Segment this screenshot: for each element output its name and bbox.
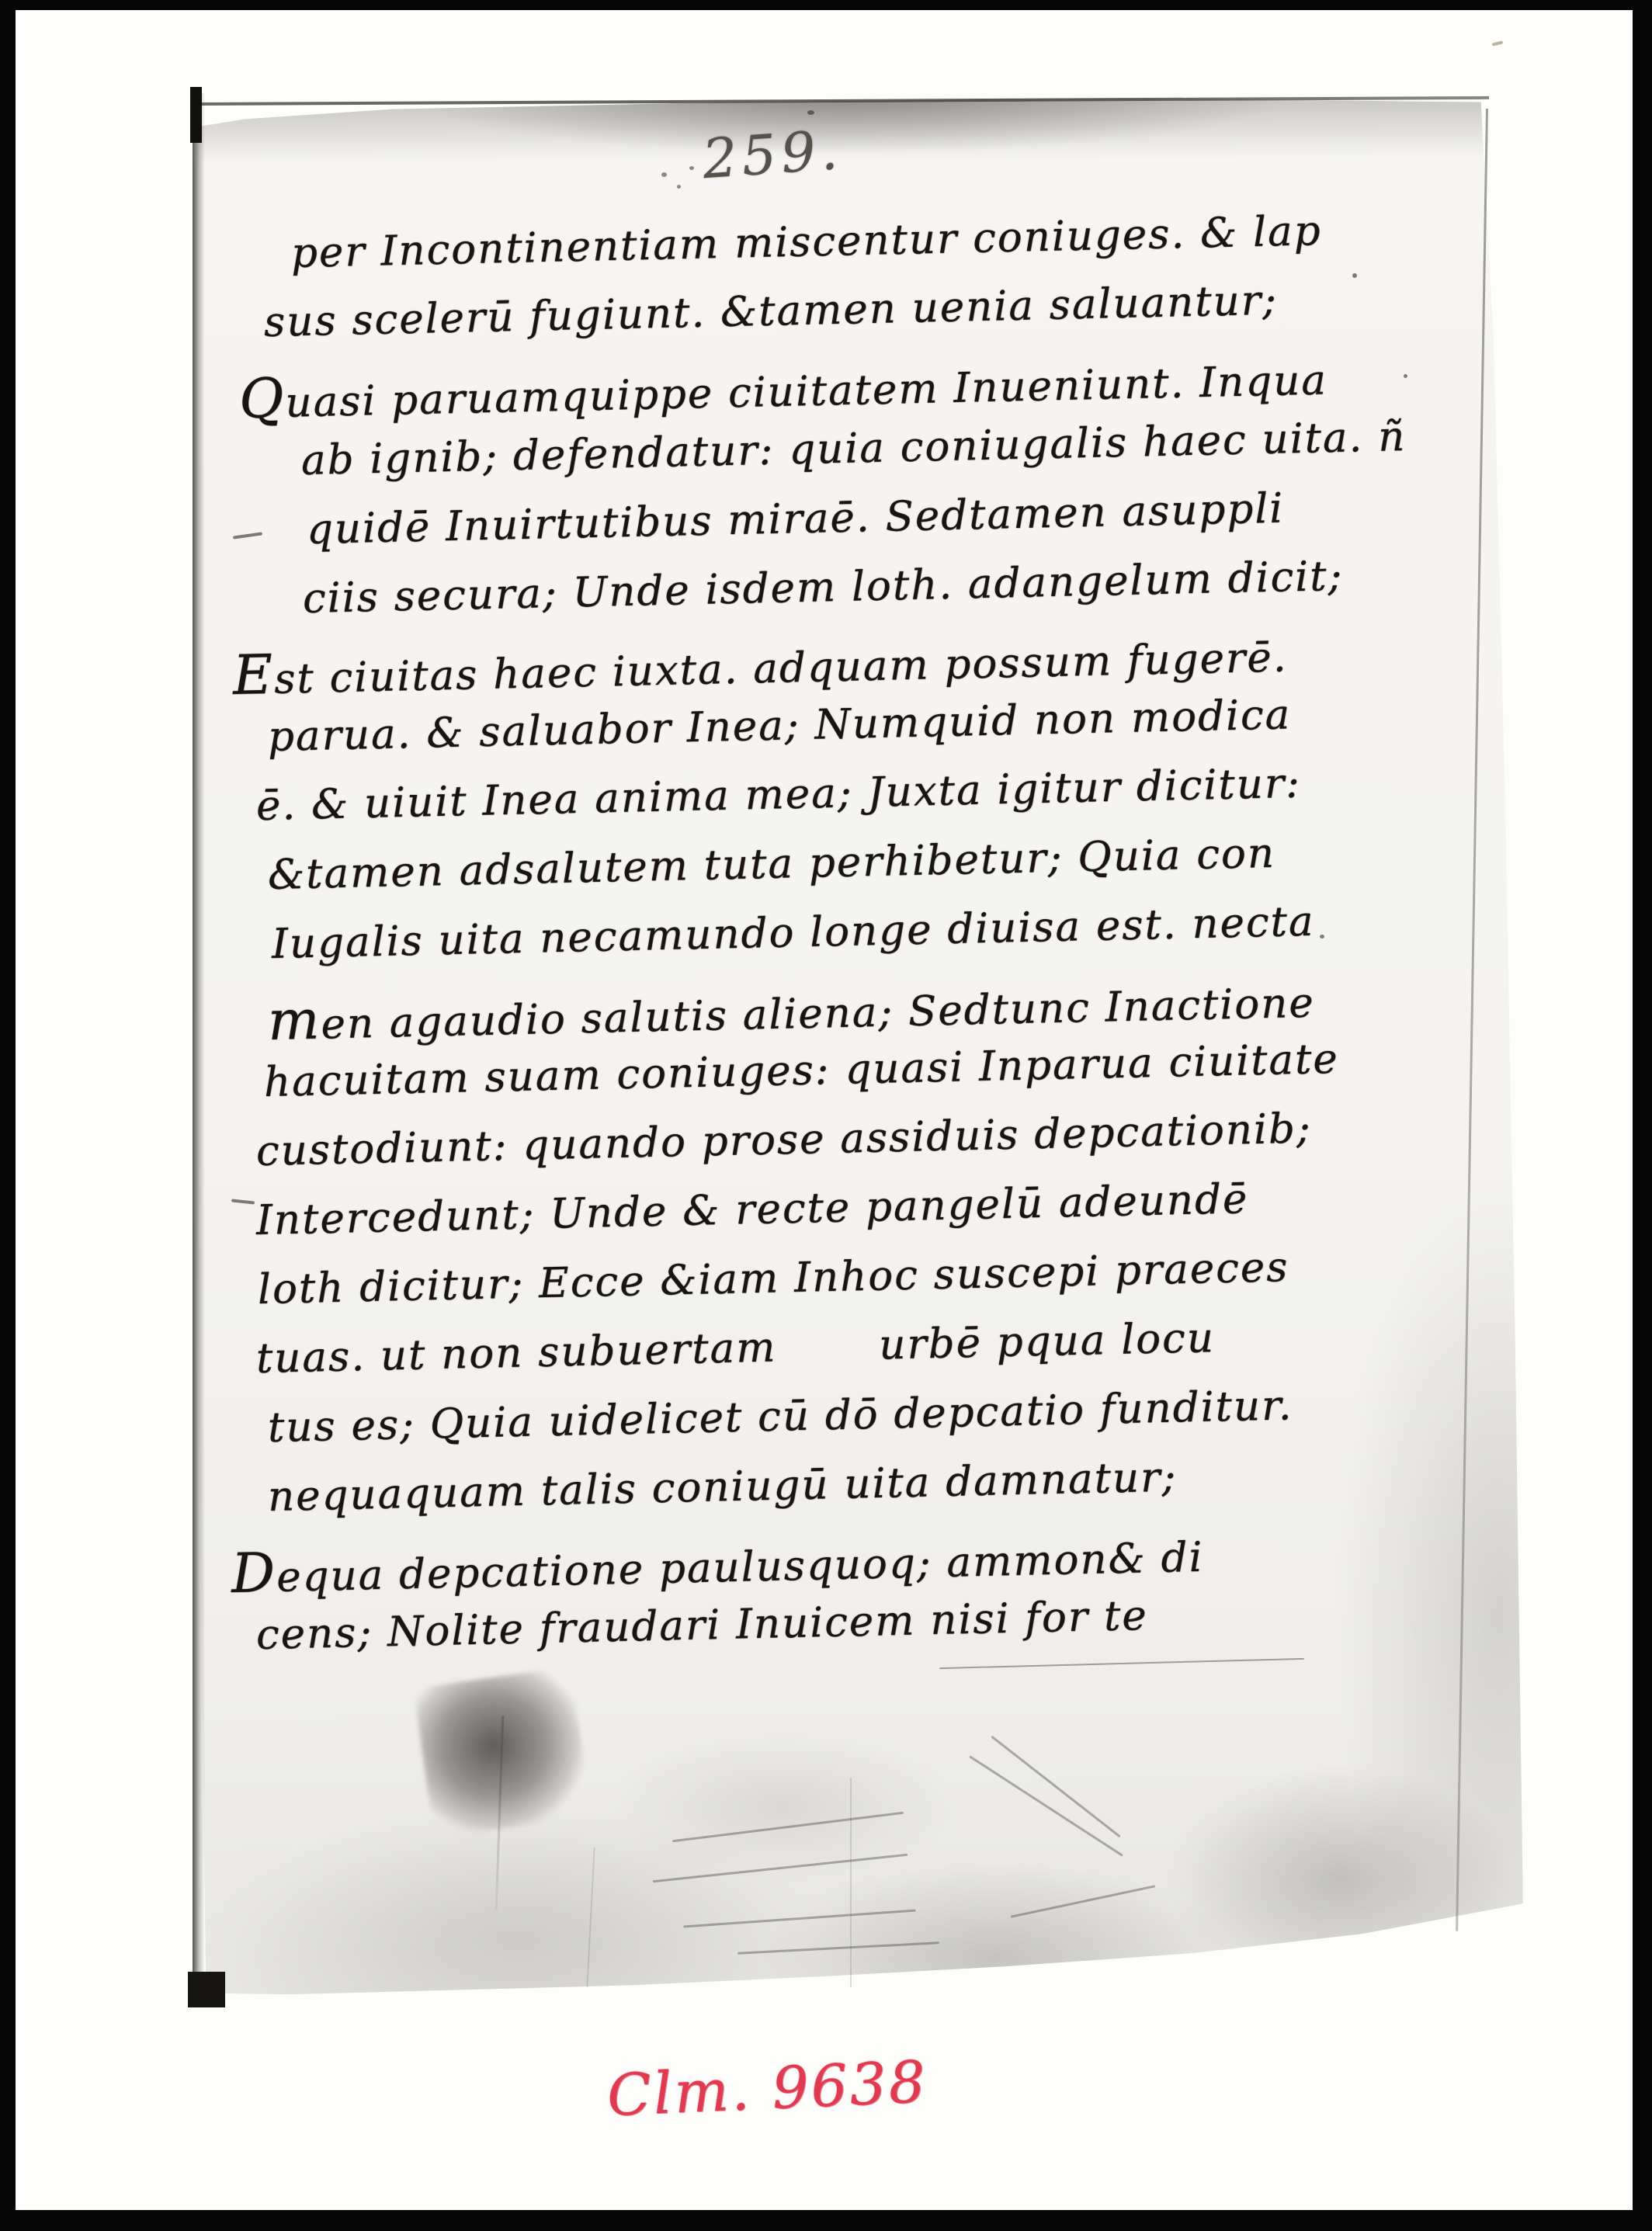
folio-number: 259.: [700, 118, 844, 191]
ink-speck: [1320, 935, 1324, 939]
dust-mark: [1492, 40, 1504, 46]
ink-speck: [689, 166, 694, 170]
ink-speck: [677, 185, 681, 189]
spine-top-mark: [190, 87, 202, 143]
page-spine-edge: [193, 93, 205, 1997]
spine-bottom-mark: [188, 1972, 225, 2007]
ink-speck: [1404, 374, 1407, 378]
ink-speck: [807, 110, 814, 115]
shelfmark-label: Clm. 9638: [606, 2049, 928, 2129]
ink-speck: [661, 172, 667, 177]
ink-speck: [1352, 273, 1357, 278]
page-crease: [850, 1778, 852, 1987]
manuscript-photo: 259. per Incontinentiam miscentur coniug…: [0, 0, 1652, 2231]
